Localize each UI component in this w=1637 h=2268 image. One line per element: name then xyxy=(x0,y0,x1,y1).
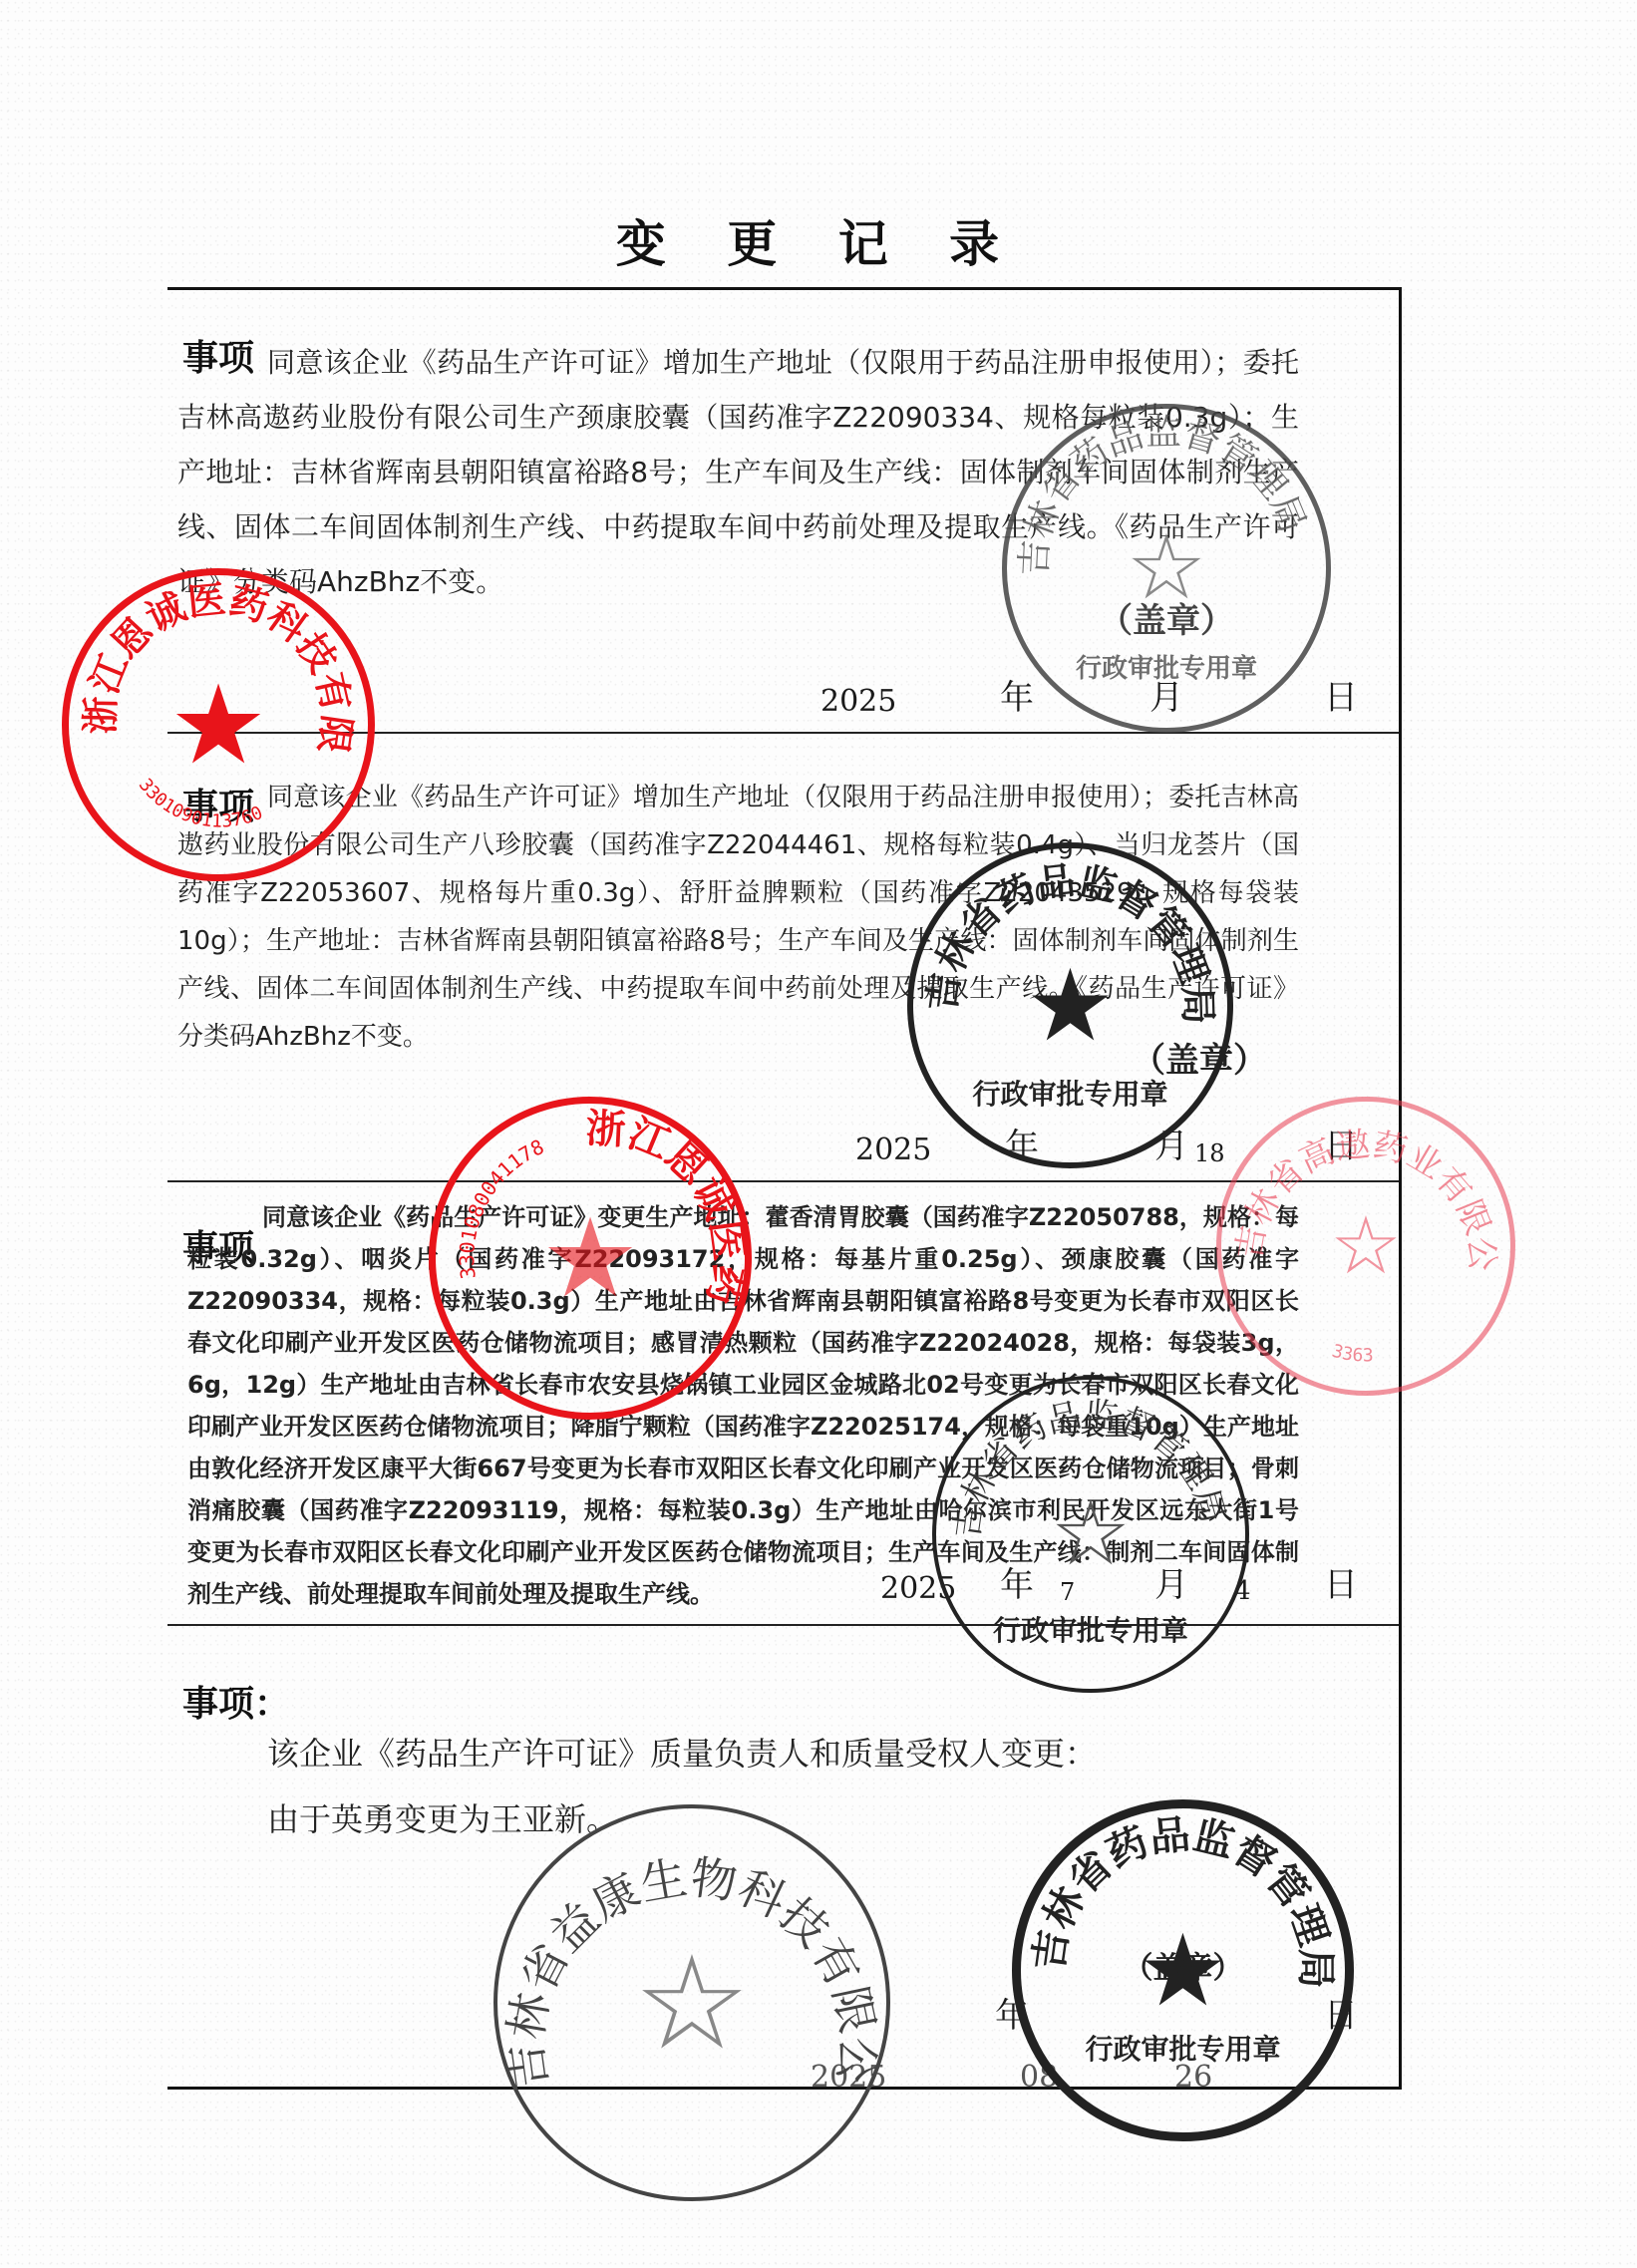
star-icon: ★ xyxy=(541,1203,640,1313)
page-title: 变 更 记 录 xyxy=(0,204,1637,276)
svg-text:3363: 3363 xyxy=(1330,1341,1374,1367)
authority-seal-1: 吉林省药品监督管理局 ☆ （盖章） 行政审批专用章 xyxy=(1002,404,1331,733)
svg-text:吉林省高遨药业有限公司: 吉林省高遨药业有限公司 xyxy=(1204,1071,1502,1272)
seal-note: （盖章） xyxy=(1124,1943,1243,1987)
svg-text:3301090113760: 3301090113760 xyxy=(135,775,266,832)
seal-note: （盖章） xyxy=(1132,1033,1267,1082)
svg-text:3301080041178: 3301080041178 xyxy=(455,1134,547,1280)
red-company-seal-2: 浙江恩诚医药科技有限公司 3301080041178 ★ xyxy=(429,1097,752,1420)
authority-seal-3: 吉林省药品监督管理局 ☆ 行政审批专用章 xyxy=(932,1376,1249,1693)
date-day-label: 日 xyxy=(1324,670,1358,719)
red-company-seal-1: 浙江恩诚医药科技有限公司 3301090113760 ★ xyxy=(62,568,375,881)
seal-ring-text: 吉林省药品监督管理局 xyxy=(913,848,1227,1162)
seal-ring-text: 浙江恩诚医药科技有限公司 3301090113760 xyxy=(69,575,368,874)
seal-note: （盖章） xyxy=(1099,593,1234,642)
seal-ring-text: 吉林省益康生物科技有限公司 xyxy=(497,1808,886,2197)
seal-subtext: 行政审批专用章 xyxy=(1076,648,1257,685)
seal-subtext: 行政审批专用章 xyxy=(993,1609,1188,1649)
svg-text:吉林省药品监督管理局: 吉林省药品监督管理局 xyxy=(947,1395,1232,1541)
authority-seal-2: 吉林省药品监督管理局 ★ 行政审批专用章 （盖章） xyxy=(907,842,1233,1168)
svg-text:吉林省药品监督管理局: 吉林省药品监督管理局 xyxy=(1014,412,1313,576)
entry-text-line-1: 该企业《药品生产许可证》质量负责人和质量受权人变更： xyxy=(267,1721,1294,1786)
date-day-label: 日 xyxy=(1324,1557,1358,1606)
seal-subtext: 行政审批专用章 xyxy=(1085,2028,1280,2068)
company-seal-gray: 吉林省益康生物科技有限公司 ☆ xyxy=(493,1804,890,2201)
svg-text:吉林省益康生物科技有限公司: 吉林省益康生物科技有限公司 xyxy=(475,1766,885,2093)
seal-ring-text: 吉林省高遨药业有限公司 3363 xyxy=(1221,1102,1510,1391)
red-faint-seal: 吉林省高遨药业有限公司 3363 ☆ xyxy=(1216,1097,1515,1396)
authority-seal-4: 吉林省药品监督管理局 ★ （盖章） 行政审批专用章 xyxy=(1012,1799,1354,2141)
svg-text:吉林省药品监督管理局: 吉林省药品监督管理局 xyxy=(919,858,1220,1025)
entry-label: 事项： xyxy=(182,1676,290,1727)
date-year: 2025 xyxy=(820,684,896,719)
